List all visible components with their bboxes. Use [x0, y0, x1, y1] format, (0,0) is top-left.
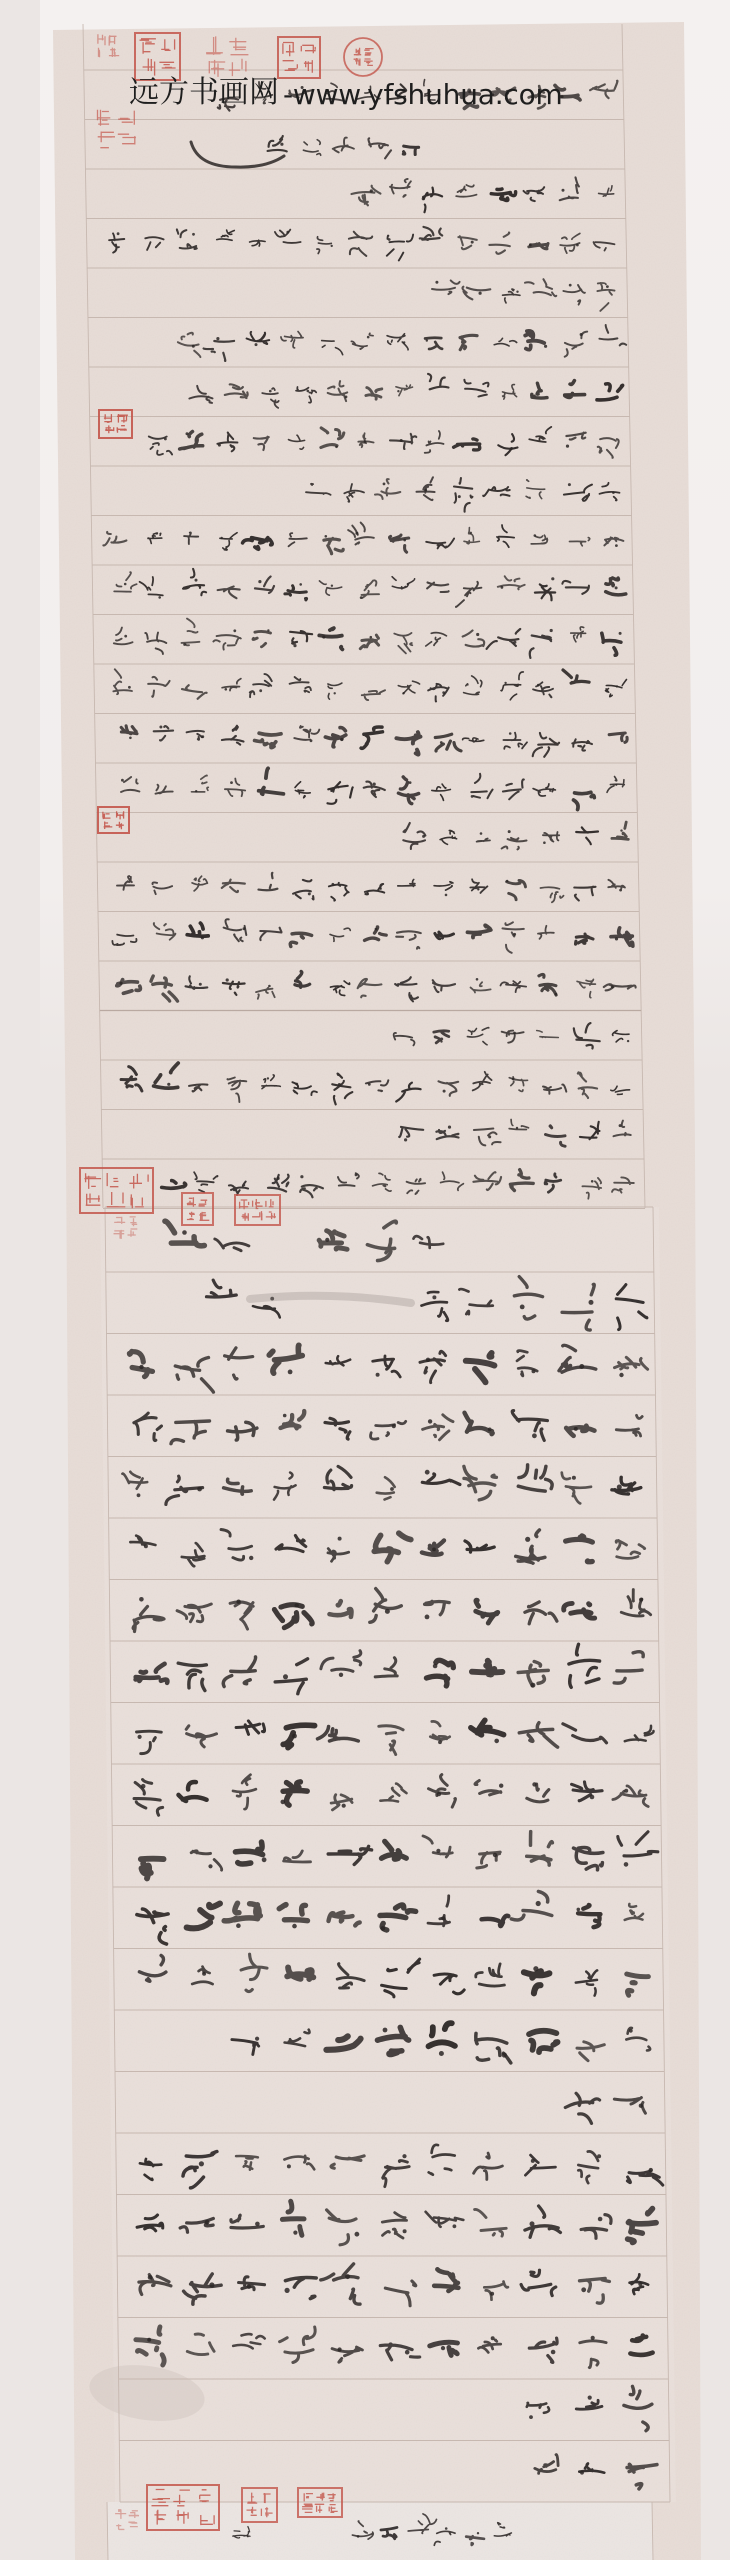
brush-dot	[488, 1135, 491, 1138]
brush-dot	[624, 1789, 628, 1793]
brush-dot	[310, 739, 313, 742]
brush-dot	[436, 1849, 440, 1853]
brush-dot	[338, 1083, 341, 1086]
brush-dot	[432, 1548, 436, 1552]
brush-dot	[422, 197, 425, 200]
brush-dot	[383, 483, 386, 486]
brush-dot	[262, 1857, 267, 1862]
brush-dot	[468, 90, 471, 93]
brush-dot	[186, 432, 189, 435]
brush-dot	[513, 933, 516, 936]
brush-dot	[335, 446, 338, 449]
brush-dot	[338, 1537, 342, 1541]
brush-dot	[566, 445, 569, 448]
brush-dot	[533, 1966, 538, 1971]
brush-dot	[619, 1124, 622, 1127]
brush-dot	[355, 1174, 358, 1177]
brush-dot	[491, 2336, 495, 2340]
brush-dot	[425, 1470, 430, 1475]
brush-dot	[492, 93, 495, 96]
brush-dot	[611, 985, 614, 988]
brush-dot	[128, 686, 131, 689]
brush-dot	[426, 339, 428, 341]
brush-dot	[230, 781, 233, 784]
brush-dot	[615, 586, 618, 589]
brush-dot	[340, 738, 343, 741]
paper-grain	[0, 0, 730, 2560]
brush-dot	[390, 1487, 394, 1491]
brush-dot	[476, 978, 479, 981]
brush-dot	[407, 584, 409, 586]
brush-dot	[287, 2164, 291, 2168]
brush-dot	[429, 99, 431, 101]
brush-dot	[480, 832, 483, 835]
brush-dot	[579, 1364, 584, 1369]
brush-dot	[471, 795, 474, 798]
brush-dot	[529, 244, 532, 247]
brush-dot	[367, 336, 370, 339]
brush-dot	[325, 1238, 329, 1242]
brush-dot	[453, 2224, 457, 2228]
brush-dot	[355, 532, 358, 535]
brush-dot	[345, 2274, 350, 2279]
brush-dot	[619, 889, 622, 892]
brush-dot	[615, 544, 618, 547]
brush-dot	[627, 1040, 629, 1042]
brush-dot	[268, 985, 271, 988]
scroll-artwork	[0, 0, 730, 2560]
brush-dot	[307, 390, 310, 393]
brush-dot	[530, 1683, 535, 1688]
brush-dot	[120, 982, 123, 985]
brush-dot	[281, 1800, 286, 1805]
brush-dot	[267, 629, 269, 631]
brush-dot	[138, 1735, 142, 1739]
brush-dot	[209, 2282, 214, 2287]
brush-dot	[445, 894, 448, 897]
brush-dot	[285, 2288, 290, 2293]
brush-dot	[124, 583, 127, 586]
brush-dot	[551, 2350, 556, 2355]
brush-dot	[205, 2220, 210, 2225]
brush-dot	[437, 544, 440, 547]
brush-dot	[164, 438, 167, 441]
brush-dot	[148, 2275, 153, 2280]
brush-dot	[437, 1792, 441, 1796]
brush-dot	[403, 2229, 407, 2233]
brush-dot	[368, 1083, 371, 1086]
brush-dot	[479, 292, 482, 295]
brush-dot	[488, 1428, 492, 1432]
brush-dot	[531, 2159, 535, 2163]
brush-dot	[534, 534, 537, 537]
brush-dot	[549, 790, 551, 792]
brush-dot	[201, 735, 204, 738]
brush-dot	[402, 2154, 406, 2158]
brush-dot	[226, 978, 229, 981]
brush-dot	[499, 1784, 503, 1788]
brush-dot	[277, 1177, 280, 1180]
brush-dot	[536, 1901, 541, 1906]
brush-dot	[295, 1603, 299, 1607]
brush-dot	[201, 936, 204, 939]
brush-dot	[301, 86, 304, 89]
brush-dot	[441, 1916, 445, 1920]
brush-dot	[243, 927, 246, 930]
brush-dot	[199, 2161, 204, 2166]
brush-dot	[513, 1032, 516, 1035]
brush-dot	[283, 1414, 287, 1418]
brush-dot	[139, 1365, 143, 1369]
brush-dot	[638, 2282, 642, 2286]
brush-dot	[357, 2535, 360, 2538]
brush-dot	[293, 644, 296, 647]
brush-dot	[385, 1609, 390, 1614]
brush-dot	[258, 580, 261, 583]
brush-dot	[440, 1040, 442, 1042]
brush-dot	[490, 2292, 494, 2296]
brush-dot	[606, 285, 609, 288]
brush-dot	[286, 231, 289, 234]
brush-dot	[520, 1305, 525, 1310]
brush-dot	[617, 1485, 622, 1490]
brush-dot	[439, 2051, 444, 2056]
brush-dot	[493, 1853, 497, 1857]
brush-dot	[269, 390, 272, 393]
brush-dot	[562, 189, 565, 192]
brush-dot	[293, 2231, 297, 2235]
brush-dot	[619, 1373, 623, 1377]
brush-dot	[383, 2028, 388, 2033]
brush-dot	[400, 439, 403, 442]
brush-dot	[494, 1739, 499, 1744]
brush-dot	[620, 829, 622, 831]
brush-dot	[360, 596, 363, 599]
brush-dot	[159, 726, 162, 729]
brush-dot	[121, 779, 124, 782]
brush-dot	[639, 1598, 643, 1602]
brush-dot	[615, 784, 617, 786]
calligraphy-scroll-image: 远方书画网 -www.yfshuhua.com	[0, 0, 730, 2560]
brush-dot	[283, 1674, 288, 1679]
brush-dot	[139, 1597, 144, 1602]
brush-dot	[440, 741, 443, 744]
brush-dot	[531, 96, 533, 98]
brush-dot	[295, 1083, 298, 1086]
brush-dot	[331, 585, 333, 587]
brush-dot	[508, 830, 511, 833]
brush-dot	[221, 537, 223, 539]
brush-dot	[192, 233, 195, 236]
brush-dot	[370, 189, 373, 192]
brush-dot	[458, 495, 461, 498]
brush-dot	[576, 244, 579, 247]
brush-dot	[339, 1673, 343, 1677]
brush-dot	[158, 596, 161, 599]
brush-dot	[388, 238, 391, 241]
brush-dot	[402, 692, 404, 694]
brush-dot	[432, 1295, 436, 1299]
brush-dot	[299, 583, 302, 586]
brush-dot	[513, 641, 516, 644]
brush-dot	[568, 483, 571, 486]
brush-dot	[255, 343, 258, 346]
brush-dot	[438, 1740, 442, 1744]
brush-dot	[470, 532, 472, 534]
brush-dot	[424, 489, 427, 492]
brush-dot	[501, 586, 504, 589]
brush-dot	[325, 535, 328, 538]
brush-dot	[555, 993, 558, 996]
brush-dot	[236, 1923, 241, 1928]
brush-dot	[629, 2029, 633, 2033]
brush-dot	[529, 2415, 533, 2419]
brush-dot	[544, 345, 547, 348]
brush-dot	[580, 2471, 584, 2475]
brush-dot	[537, 684, 540, 687]
brush-dot	[216, 337, 219, 340]
brush-dot	[225, 688, 228, 691]
brush-dot	[397, 390, 399, 392]
brush-dot	[588, 2396, 592, 2400]
brush-dot	[373, 783, 376, 786]
brush-dot	[561, 95, 564, 98]
brush-dot	[471, 241, 474, 244]
brush-dot	[619, 632, 622, 635]
brush-dot	[129, 737, 132, 740]
brush-dot	[550, 629, 553, 632]
brush-dot	[195, 579, 198, 582]
brush-dot	[249, 1556, 253, 1560]
brush-dot	[516, 291, 518, 293]
brush-dot	[247, 2535, 249, 2537]
brush-dot	[425, 1615, 430, 1620]
brush-dot	[506, 880, 508, 882]
brush-dot	[476, 633, 479, 636]
brush-dot	[392, 1424, 396, 1428]
brush-dot	[300, 1175, 303, 1178]
brush-dot	[502, 2052, 507, 2057]
brush-dot	[426, 1358, 430, 1362]
brush-dot	[332, 883, 335, 886]
brush-dot	[422, 835, 425, 838]
brush-dot	[649, 2168, 653, 2172]
brush-dot	[433, 1664, 438, 1669]
brush-dot	[581, 2287, 586, 2292]
brush-dot	[370, 636, 373, 639]
brush-dot	[376, 1373, 380, 1377]
brush-dot	[345, 396, 348, 399]
brush-dot	[409, 781, 412, 784]
brush-dot	[598, 2217, 603, 2222]
brush-dot	[590, 1795, 595, 1800]
brush-dot	[616, 685, 618, 687]
brush-dot	[233, 629, 236, 632]
brush-dot	[477, 2532, 479, 2534]
brush-dot	[255, 2037, 259, 2041]
brush-dot	[167, 1083, 170, 1086]
brush-dot	[612, 491, 615, 494]
brush-dot	[428, 1419, 432, 1423]
brush-dot	[147, 2338, 151, 2342]
brush-dot	[543, 841, 546, 844]
brush-dot	[236, 1600, 240, 1604]
brush-dot	[117, 232, 120, 235]
brush-dot	[512, 1078, 515, 1081]
brush-dot	[525, 1537, 530, 1542]
brush-dot	[124, 635, 127, 638]
brush-dot	[597, 2154, 601, 2158]
brush-dot	[448, 1126, 451, 1129]
brush-dot	[405, 2350, 410, 2355]
brush-dot	[532, 1369, 536, 1373]
brush-dot	[218, 444, 221, 447]
brush-dot	[441, 2346, 445, 2350]
brush-dot	[530, 2221, 535, 2226]
brush-dot	[137, 1493, 141, 1497]
brush-dot	[591, 2336, 595, 2340]
brush-dot	[403, 539, 406, 542]
brush-dot	[141, 1784, 146, 1789]
brush-dot	[572, 1476, 576, 1480]
brush-dot	[580, 333, 583, 336]
brush-dot	[381, 1926, 386, 1931]
brush-dot	[259, 689, 262, 692]
brush-dot	[308, 892, 311, 895]
brush-dot	[443, 1090, 446, 1093]
brush-dot	[591, 1180, 594, 1183]
brush-dot	[247, 2284, 252, 2289]
brush-dot	[504, 682, 506, 684]
brush-dot	[292, 1734, 297, 1739]
brush-dot	[322, 635, 325, 638]
brush-dot	[195, 790, 197, 792]
brush-dot	[144, 1544, 148, 1548]
brush-dot	[577, 1908, 581, 1912]
brush-dot	[192, 345, 195, 348]
brush-dot	[334, 692, 336, 694]
brush-dot	[202, 1972, 206, 1976]
brush-dot	[355, 2232, 360, 2237]
brush-dot	[182, 1230, 187, 1235]
brush-dot	[445, 2527, 448, 2530]
brush-dot	[375, 928, 378, 931]
brush-dot	[589, 1300, 594, 1305]
brush-dot	[292, 1924, 297, 1929]
brush-dot	[288, 1370, 293, 1375]
brush-dot	[442, 691, 445, 694]
brush-dot	[532, 1782, 536, 1786]
brush-dot	[199, 983, 202, 986]
brush-dot	[280, 143, 283, 146]
brush-dot	[197, 1487, 202, 1492]
brush-dot	[532, 1433, 537, 1438]
brush-dot	[342, 1804, 346, 1808]
brush-dot	[255, 2222, 260, 2227]
brush-dot	[551, 577, 554, 580]
brush-dot	[364, 440, 367, 443]
brush-dot	[404, 1138, 407, 1141]
brush-dot	[403, 341, 405, 343]
brush-dot	[624, 1862, 629, 1867]
brush-dot	[338, 2347, 342, 2351]
brush-dot	[331, 245, 333, 247]
brush-dot	[267, 1077, 269, 1079]
brush-dot	[516, 1127, 518, 1129]
brush-dot	[639, 2104, 643, 2108]
brush-dot	[435, 281, 438, 284]
brush-dot	[510, 447, 513, 450]
brush-dot	[574, 1427, 578, 1431]
brush-dot	[569, 284, 572, 287]
brush-dot	[615, 937, 618, 940]
brush-dot	[208, 1864, 212, 1868]
brush-dot	[183, 643, 186, 646]
brush-dot	[509, 732, 512, 735]
